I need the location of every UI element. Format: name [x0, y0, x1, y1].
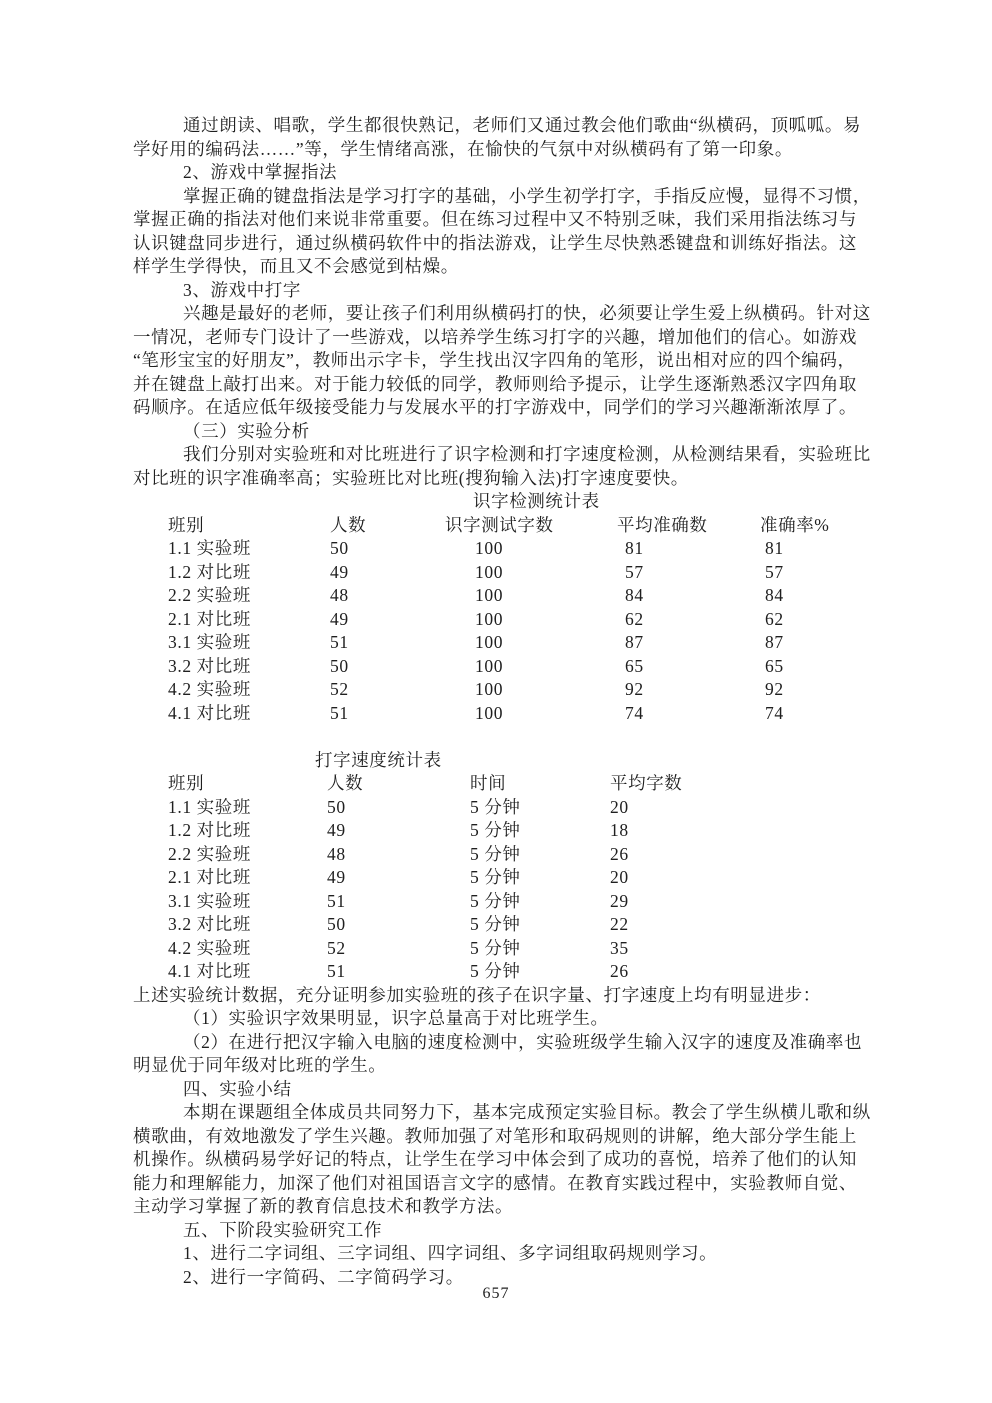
table-row: 2.2 实验班481008484	[133, 584, 870, 608]
table-cell: 51	[327, 960, 470, 984]
text-line: 横歌曲，有效地激发了学生兴趣。教师加强了对笔形和取码规则的讲解，绝大部分学生能上	[133, 1125, 870, 1149]
table-cell: 5 分钟	[470, 843, 610, 867]
table-cell: 62	[617, 608, 760, 632]
text-line: 对比班的识字准确率高；实验班比对比班(搜狗输入法)打字速度要快。	[133, 467, 870, 491]
table-cell: 20	[610, 796, 870, 820]
table-cell: 3.2 对比班	[168, 913, 327, 937]
table-cell: 92	[617, 678, 760, 702]
text-line: 掌握正确的键盘指法是学习打字的基础，小学生初学打字，手指反应慢，显得不习惯，	[133, 185, 870, 209]
table-header-cell: 时间	[470, 772, 610, 796]
table-row: 1.1 实验班505 分钟20	[133, 796, 870, 820]
table-cell: 81	[760, 537, 870, 561]
table-cell: 22	[610, 913, 870, 937]
table-cell: 51	[327, 890, 470, 914]
table-cell: 2.2 实验班	[168, 843, 327, 867]
table-cell: 100	[445, 655, 617, 679]
table-cell: 100	[445, 537, 617, 561]
table-cell: 4.2 实验班	[168, 937, 327, 961]
table-cell: 81	[617, 537, 760, 561]
table-cell: 5 分钟	[470, 960, 610, 984]
text-line: 五、下阶段实验研究工作	[133, 1219, 870, 1243]
table-cell: 3.2 对比班	[168, 655, 330, 679]
table-header-cell: 平均准确数	[617, 514, 760, 538]
typing-speed-table: 班别人数时间平均字数1.1 实验班505 分钟201.2 对比班495 分钟18…	[133, 772, 870, 984]
table-cell: 65	[617, 655, 760, 679]
table-cell: 100	[445, 561, 617, 585]
table-cell: 50	[330, 655, 445, 679]
table-cell: 5 分钟	[470, 913, 610, 937]
table-cell: 51	[330, 702, 445, 726]
table-header-cell: 人数	[330, 514, 445, 538]
table-cell: 5 分钟	[470, 819, 610, 843]
table-header-cell: 人数	[327, 772, 470, 796]
text-line: （2）在进行把汉字输入电脑的速度检测中，实验班级学生输入汉字的速度及准确率也	[133, 1031, 870, 1055]
paragraphs-top: 通过朗读、唱歌，学生都很快熟记，老师们又通过教会他们歌曲“纵横码，顶呱呱。易学好…	[133, 114, 870, 490]
table-row: 3.2 对比班505 分钟22	[133, 913, 870, 937]
table-cell: 26	[610, 843, 870, 867]
text-line: 主动学习掌握了新的教育信息技术和教学方法。	[133, 1195, 870, 1219]
text-line: 上述实验统计数据，充分证明参加实验班的孩子在识字量、打字速度上均有明显进步：	[133, 984, 870, 1008]
table-cell: 29	[610, 890, 870, 914]
table-cell: 57	[617, 561, 760, 585]
table-row: 3.1 实验班511008787	[133, 631, 870, 655]
table-header-row: 班别人数时间平均字数	[133, 772, 870, 796]
text-line: 码顺序。在适应低年级接受能力与发展水平的打字游戏中，同学们的学习兴趣渐渐浓厚了。	[133, 396, 870, 420]
table-cell: 62	[760, 608, 870, 632]
table-cell: 48	[330, 584, 445, 608]
table-cell: 50	[330, 537, 445, 561]
table-cell: 48	[327, 843, 470, 867]
text-line: 2、游戏中掌握指法	[133, 161, 870, 185]
table-cell: 2.1 对比班	[168, 866, 327, 890]
table-cell: 49	[327, 819, 470, 843]
text-line: 并在键盘上敲打出来。对于能力较低的同学，教师则给予提示，让学生逐渐熟悉汉字四角取	[133, 373, 870, 397]
table-row: 1.2 对比班495 分钟18	[133, 819, 870, 843]
text-line: 3、游戏中打字	[133, 279, 870, 303]
table-cell: 4.1 对比班	[168, 960, 327, 984]
table-cell: 57	[760, 561, 870, 585]
table-row: 2.2 实验班485 分钟26	[133, 843, 870, 867]
table-row: 1.1 实验班501008181	[133, 537, 870, 561]
table-row: 2.1 对比班491006262	[133, 608, 870, 632]
table-row: 3.2 对比班501006565	[133, 655, 870, 679]
table-cell: 84	[617, 584, 760, 608]
text-line: 通过朗读、唱歌，学生都很快熟记，老师们又通过教会他们歌曲“纵横码，顶呱呱。易	[133, 114, 870, 138]
table-cell: 35	[610, 937, 870, 961]
table-cell: 4.1 对比班	[168, 702, 330, 726]
table-cell: 2.2 实验班	[168, 584, 330, 608]
table-header-cell: 准确率%	[760, 514, 870, 538]
table-cell: 51	[330, 631, 445, 655]
text-line: 我们分别对实验班和对比班进行了识字检测和打字速度检测，从检测结果看，实验班比	[133, 443, 870, 467]
table-cell: 100	[445, 584, 617, 608]
table-cell: 100	[445, 608, 617, 632]
table-cell: 65	[760, 655, 870, 679]
text-line: “笔形宝宝的好朋友”，教师出示字卡，学生找出汉字四角的笔形，说出相对应的四个编码…	[133, 349, 870, 373]
table-cell: 3.1 实验班	[168, 631, 330, 655]
text-line: 学好用的编码法……”等，学生情绪高涨，在愉快的气氛中对纵横码有了第一印象。	[133, 138, 870, 162]
text-line: 能力和理解能力，加深了他们对祖国语言文字的感情。在教育实践过程中，实验教师自觉、	[133, 1172, 870, 1196]
table-cell: 5 分钟	[470, 796, 610, 820]
table-cell: 49	[327, 866, 470, 890]
table-cell: 52	[330, 678, 445, 702]
text-line: （1）实验识字效果明显，识字总量高于对比班学生。	[133, 1007, 870, 1031]
table-row: 2.1 对比班495 分钟20	[133, 866, 870, 890]
text-line: 认识键盘同步进行，通过纵横码软件中的指法游戏，让学生尽快熟悉键盘和训练好指法。这	[133, 232, 870, 256]
table-cell: 1.1 实验班	[168, 537, 330, 561]
table-cell: 50	[327, 913, 470, 937]
table-cell: 20	[610, 866, 870, 890]
table-cell: 49	[330, 561, 445, 585]
text-line: （三）实验分析	[133, 420, 870, 444]
table-row: 4.1 对比班511007474	[133, 702, 870, 726]
table-header-row: 班别人数识字测试字数平均准确数准确率%	[133, 514, 870, 538]
table-cell: 1.2 对比班	[168, 819, 327, 843]
table-cell: 1.1 实验班	[168, 796, 327, 820]
table-row: 1.2 对比班491005757	[133, 561, 870, 585]
table-cell: 18	[610, 819, 870, 843]
table-cell: 92	[760, 678, 870, 702]
table-cell: 26	[610, 960, 870, 984]
table-cell: 100	[445, 702, 617, 726]
text-line: 明显优于同年级对比班的学生。	[133, 1054, 870, 1078]
table-cell: 74	[760, 702, 870, 726]
page-number: 657	[0, 1285, 992, 1303]
table-cell: 1.2 对比班	[168, 561, 330, 585]
table-row: 4.2 实验班525 分钟35	[133, 937, 870, 961]
text-line: 一情况，老师专门设计了一些游戏，以培养学生练习打字的兴趣，增加他们的信心。如游戏	[133, 326, 870, 350]
text-line: 1、进行二字词组、三字词组、四字词组、多字词组取码规则学习。	[133, 1242, 870, 1266]
table-cell: 3.1 实验班	[168, 890, 327, 914]
text-line: 样学生学得快，而且又不会感觉到枯燥。	[133, 255, 870, 279]
typing-speed-table-title: 打字速度统计表	[133, 749, 870, 773]
document-page: 通过朗读、唱歌，学生都很快熟记，老师们又通过教会他们歌曲“纵横码，顶呱呱。易学好…	[0, 0, 992, 1403]
table-header-cell: 班别	[168, 772, 327, 796]
table-header-cell: 班别	[168, 514, 330, 538]
table-cell: 5 分钟	[470, 866, 610, 890]
body-text: 通过朗读、唱歌，学生都很快熟记，老师们又通过教会他们歌曲“纵横码，顶呱呱。易学好…	[133, 114, 870, 1289]
table-cell: 2.1 对比班	[168, 608, 330, 632]
text-line: 掌握正确的指法对他们来说非常重要。但在练习过程中又不特别乏味，我们采用指法练习与	[133, 208, 870, 232]
text-line: 本期在课题组全体成员共同努力下，基本完成预定实验目标。教会了学生纵横儿歌和纵	[133, 1101, 870, 1125]
table-row: 4.1 对比班515 分钟26	[133, 960, 870, 984]
table-cell: 49	[330, 608, 445, 632]
table-cell: 74	[617, 702, 760, 726]
table-cell: 84	[760, 584, 870, 608]
table-cell: 87	[760, 631, 870, 655]
paragraphs-bottom: 上述实验统计数据，充分证明参加实验班的孩子在识字量、打字速度上均有明显进步：（1…	[133, 984, 870, 1290]
table-cell: 52	[327, 937, 470, 961]
table-cell: 4.2 实验班	[168, 678, 330, 702]
table-cell: 5 分钟	[470, 890, 610, 914]
table-cell: 50	[327, 796, 470, 820]
literacy-table-title: 识字检测统计表	[133, 490, 870, 514]
table-row: 4.2 实验班521009292	[133, 678, 870, 702]
table-cell: 87	[617, 631, 760, 655]
text-line: 四、实验小结	[133, 1078, 870, 1102]
literacy-stats-table: 班别人数识字测试字数平均准确数准确率%1.1 实验班5010081811.2 对…	[133, 514, 870, 726]
table-cell: 100	[445, 678, 617, 702]
table-spacer	[133, 725, 870, 749]
table-row: 3.1 实验班515 分钟29	[133, 890, 870, 914]
text-line: 兴趣是最好的老师，要让孩子们利用纵横码打的快，必须要让学生爱上纵横码。针对这	[133, 302, 870, 326]
table-header-cell: 平均字数	[610, 772, 870, 796]
table-cell: 5 分钟	[470, 937, 610, 961]
text-line: 机操作。纵横码易学好记的特点，让学生在学习中体会到了成功的喜悦，培养了他们的认知	[133, 1148, 870, 1172]
table-cell: 100	[445, 631, 617, 655]
table-header-cell: 识字测试字数	[445, 514, 617, 538]
